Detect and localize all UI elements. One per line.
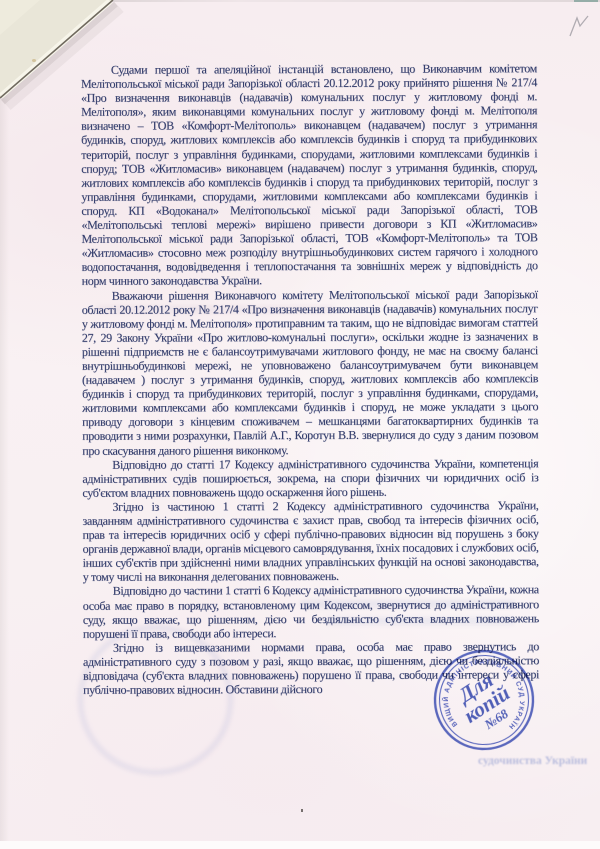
paragraph-1: Судами першої та апеляційної інстанцій в… — [81, 61, 538, 288]
paragraph-2: Вважаючи рішення Виконавчого комітету Ме… — [82, 287, 539, 458]
paragraph-4: Згідно із частиною 1 статті 2 Кодексу ад… — [82, 498, 538, 584]
paragraph-5: Відповідно до частини 1 статті 6 Кодексу… — [83, 583, 539, 641]
paper-speck — [301, 809, 303, 812]
paragraph-3: Відповідно до статті 17 Кодексу адмініст… — [82, 456, 538, 500]
document-body: Судами першої та апеляційної інстанцій в… — [81, 61, 539, 697]
court-copy-stamp: ВИЩИЙ АДМІНІСТРАТИВНИЙ СУД УКРАЇНИ Для к… — [427, 643, 541, 757]
pencil-mark — [562, 12, 592, 44]
scan-bottom-edge — [0, 841, 600, 849]
paper-speck — [32, 59, 36, 62]
scan-edge-artifact — [574, 0, 598, 2]
scanned-page: судочинства України Судами першої та апе… — [0, 0, 600, 849]
scan-left-shadow — [0, 92, 9, 849]
bleed-through-text: судочинства України — [478, 755, 587, 767]
